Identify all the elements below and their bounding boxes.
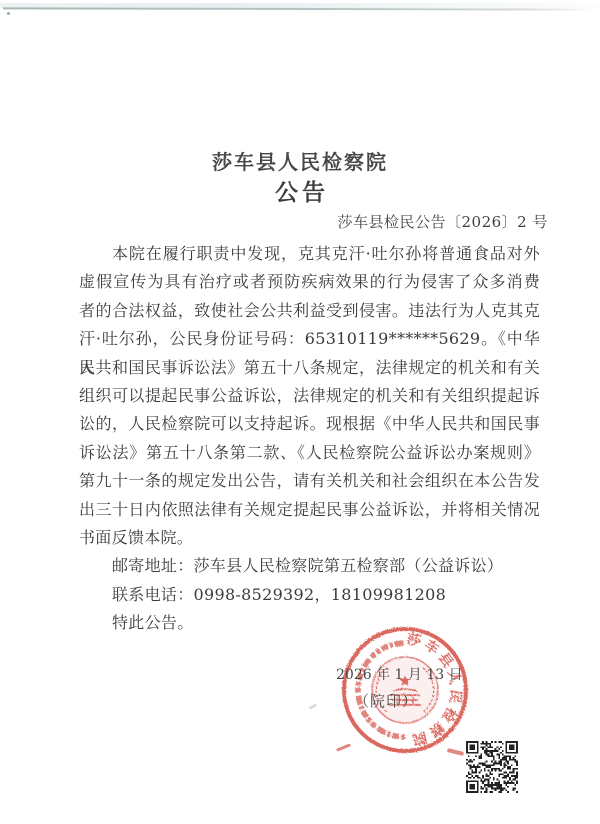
body-line: 诉讼法》第五十八条第二款、《人民检察院公益诉讼办案规则》 — [79, 439, 540, 467]
org-title: 莎车县人民检察院 — [0, 146, 600, 175]
scan-edge-line — [3, 7, 597, 10]
body-line: 讼的，人民检察院可以支持起诉。现根据《中华人民共和国民事 — [79, 410, 540, 438]
body-line: 者的合法权益，致使社会公共利益受到侵害。违法行为人克其克 — [79, 297, 540, 325]
body-line: 第九十一条的规定发出公告，请有关机关和社会组织在本公告发 — [79, 467, 540, 495]
announcement-title: 公告 — [0, 174, 600, 207]
scanned-announcement-page: 莎车县人民检察院 公告 莎车县检民公告〔2026〕2 号 本院在履行职责中发现，… — [0, 0, 600, 824]
scan-speck — [7, 12, 10, 15]
contact-phone-line: 联系电话：0998-8529392，18109981208 — [79, 581, 540, 609]
seal-caption: （院印） — [354, 690, 418, 711]
body-line: 书面反馈本院。 — [79, 524, 540, 552]
body-line: 出三十日内依照法律有关规定提起民事公益诉讼，并将相关情况 — [79, 496, 540, 524]
mail-address-line: 邮寄地址：莎车县人民检察院第五检察部（公益诉讼） — [79, 552, 540, 580]
body-line: 民共和国民事诉讼法》第五十八条规定，法律规定的机关和有关 — [79, 354, 540, 382]
doc-number: 莎车县检民公告〔2026〕2 号 — [338, 211, 549, 232]
date-line: 2026 年 1 月 13 日 — [336, 664, 463, 684]
body-line: 汗·吐尔孙，公民身份证号码：65310119******5629。《中华人 — [79, 325, 540, 353]
scan-smudge — [309, 703, 317, 710]
announcement-body: 本院在履行职责中发现，克其克汗·吐尔孙将普通食品对外 虚假宣传为具有治疗或者预防… — [79, 240, 540, 637]
body-line: 虚假宣传为具有治疗或者预防疾病效果的行为侵害了众多消费 — [79, 268, 540, 296]
body-line: 本院在履行职责中发现，克其克汗·吐尔孙将普通食品对外 — [79, 240, 540, 268]
body-line: 组织可以提起民事公益诉讼，法律规定的机关和有关组织提起诉 — [79, 382, 540, 410]
qr-code — [466, 741, 518, 793]
